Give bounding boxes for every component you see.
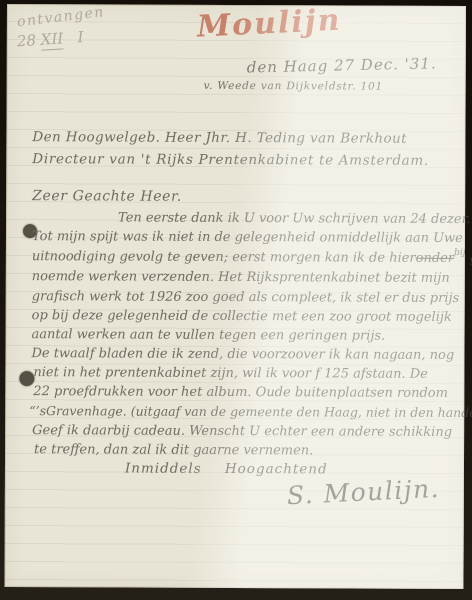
signature: S. Moulijn.	[286, 475, 440, 510]
letter-page: ontvangen 28 XII I Moulijn den Haag 27 D…	[4, 4, 466, 589]
punch-hole-bottom	[19, 371, 34, 386]
received-day: 28	[16, 31, 36, 50]
archive-received-date: 28 XII I	[16, 29, 84, 50]
body-line-1: Ten eerste dank ik U voor Uw schrijven v…	[118, 211, 471, 227]
place-date-line: den Haag 27 Dec. '31.	[247, 55, 437, 76]
body-line-3-inserted-word: bij	[454, 248, 465, 258]
body-line-11: “’sGravenhage. (uitgaaf van de gemeente …	[29, 404, 472, 420]
archivist-name-annotation: Moulijn	[196, 4, 342, 44]
body-line-10: 22 proefdrukken voor het album. Oude bui…	[33, 385, 448, 401]
received-index: I	[77, 28, 84, 46]
body-line-3: uitnoodiging gevolg te geven; eerst morg…	[32, 250, 472, 266]
closing-line: Inmiddels Hoogachtend	[125, 462, 328, 478]
archive-received-label: ontvangen	[16, 5, 105, 31]
sender-address-line: v. Weede van Dijkveldstr. 101	[204, 81, 383, 93]
body-line-12: Geef ik daarbij cadeau. Wenscht U echter…	[32, 424, 452, 440]
body-line-7: aantal werken aan te vullen tegen een ge…	[32, 328, 386, 344]
body-line-9: niet in het prentenkabinet zijn, wil ik …	[33, 366, 428, 382]
body-line-2: Tot mijn spijt was ik niet in de gelegen…	[32, 230, 463, 246]
recipient-name-line: Den Hoogwelgeb. Heer Jhr. H. Teding van …	[32, 130, 407, 146]
body-line-3-suffix: ge-	[466, 251, 472, 266]
received-month: XII	[40, 29, 64, 50]
body-line-5: grafisch werk tot 1926 zoo goed als comp…	[32, 290, 460, 306]
body-line-8: De twaalf bladen die ik zend, die voorzo…	[31, 347, 454, 363]
body-line-4: noemde werken verzenden. Het Rijksprente…	[32, 270, 450, 286]
recipient-title-line: Directeur van 't Rijks Prentenkabinet te…	[32, 152, 429, 169]
body-line-6: op bij deze gelegenheid de collectie met…	[32, 309, 452, 325]
salutation: Zeer Geachte Heer.	[32, 189, 182, 205]
body-line-3-text: uitnoodiging gevolg te geven; eerst morg…	[32, 249, 416, 266]
body-line-13: te treffen, dan zal ik dit gaarne vernem…	[34, 443, 313, 459]
body-line-3-struck-word: onder	[416, 251, 455, 266]
